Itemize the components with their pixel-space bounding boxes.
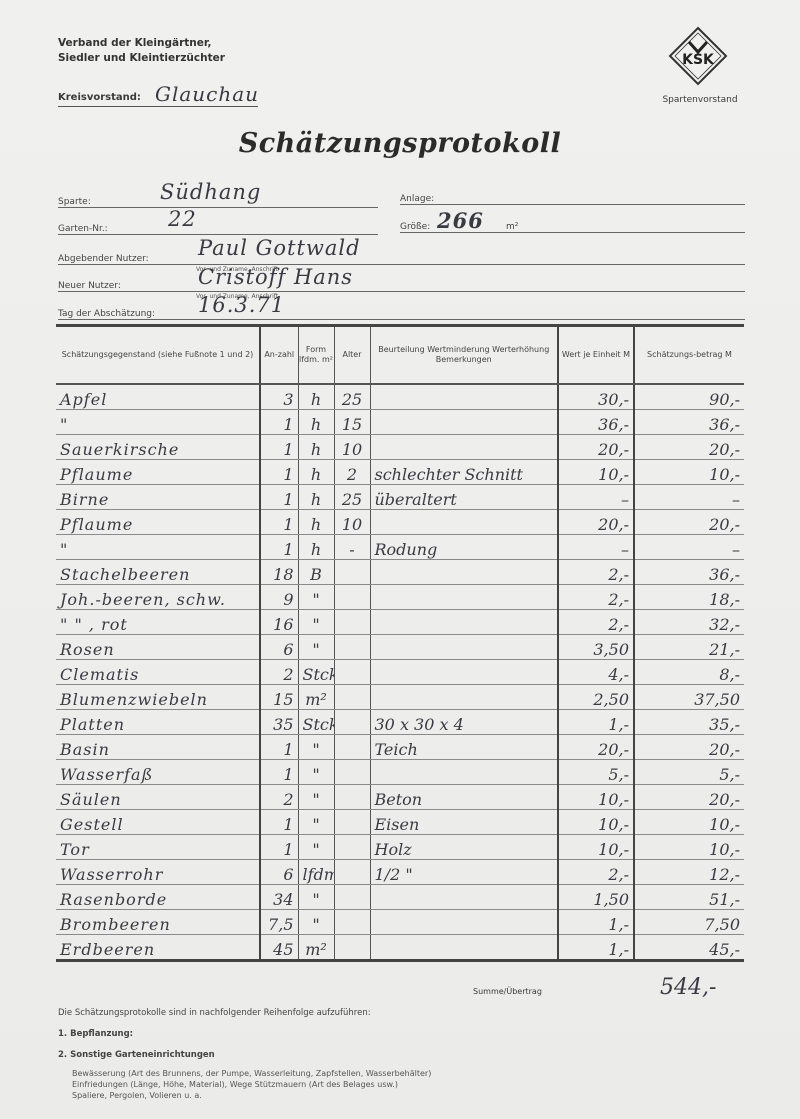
cell-item[interactable]: Gestell	[56, 810, 260, 835]
cell-item[interactable]: Joh.-beeren, schw.	[56, 585, 260, 610]
table-row: Clematis2Stck4,-8,-	[56, 660, 744, 685]
cell-wert[interactable]: 2,-	[558, 560, 634, 585]
cell-alter[interactable]	[334, 610, 370, 635]
cell-anzahl[interactable]: 1	[260, 810, 298, 835]
cell-item[interactable]: Rasenborde	[56, 885, 260, 910]
cell-form[interactable]: Stck	[298, 660, 334, 685]
cell-item[interactable]: " " , rot	[56, 610, 260, 635]
cell-form[interactable]: h	[298, 535, 334, 560]
cell-item[interactable]: Wasserrohr	[56, 860, 260, 885]
cell-form[interactable]: "	[298, 910, 334, 935]
cell-form[interactable]: B	[298, 560, 334, 585]
cell-form[interactable]: "	[298, 885, 334, 910]
cell-bemerkung[interactable]	[370, 585, 558, 610]
table-row: Wasserfaß1"5,-5,-	[56, 760, 744, 785]
cell-wert[interactable]: 2,-	[558, 860, 634, 885]
cell-alter[interactable]	[334, 560, 370, 585]
table-row: Birne1h25überaltert––	[56, 485, 744, 510]
cell-betrag[interactable]: 20,-	[634, 785, 744, 810]
table-row: " " , rot16"2,-32,-	[56, 610, 744, 635]
table-row: Rosen6"3,5021,-	[56, 635, 744, 660]
cell-form[interactable]: "	[298, 610, 334, 635]
cell-bemerkung[interactable]	[370, 760, 558, 785]
tag-line	[58, 319, 745, 320]
sparte-line	[58, 207, 378, 208]
cell-wert[interactable]: 10,-	[558, 460, 634, 485]
table-header-row: Schätzungsgegenstand (siehe Fußnote 1 un…	[56, 326, 744, 385]
cell-wert[interactable]: 20,-	[558, 510, 634, 535]
cell-alter[interactable]: 15	[334, 410, 370, 435]
cell-alter[interactable]: 25	[334, 485, 370, 510]
groesse-value[interactable]: 266	[437, 208, 484, 233]
cell-anzahl[interactable]: 1	[260, 535, 298, 560]
table-row: Platten35Stck30 x 30 x 41,-35,-	[56, 710, 744, 735]
cell-wert[interactable]: 4,-	[558, 660, 634, 685]
cell-betrag[interactable]: 7,50	[634, 910, 744, 935]
footer-intro: Die Schätzungsprotokolle sind in nachfol…	[58, 1008, 371, 1018]
cell-alter[interactable]	[334, 710, 370, 735]
cell-item[interactable]: Basin	[56, 735, 260, 760]
abgebender-value[interactable]: Paul Gottwald	[198, 236, 361, 260]
cell-anzahl[interactable]: 16	[260, 610, 298, 635]
cell-betrag[interactable]: 20,-	[634, 435, 744, 460]
cell-wert[interactable]: 30,-	[558, 384, 634, 410]
cell-alter[interactable]	[334, 660, 370, 685]
cell-bemerkung[interactable]: überaltert	[370, 485, 558, 510]
cell-wert[interactable]: –	[558, 485, 634, 510]
cell-form[interactable]: h	[298, 384, 334, 410]
anlage-label: Anlage:	[400, 194, 434, 204]
cell-betrag[interactable]: –	[634, 485, 744, 510]
cell-wert[interactable]: 1,-	[558, 910, 634, 935]
cell-bemerkung[interactable]	[370, 560, 558, 585]
cell-bemerkung[interactable]: Beton	[370, 785, 558, 810]
cell-anzahl[interactable]: 6	[260, 860, 298, 885]
cell-bemerkung[interactable]: schlechter Schnitt	[370, 460, 558, 485]
neuer-nutzer-line	[58, 291, 745, 292]
cell-betrag[interactable]: –	[634, 535, 744, 560]
kreisvorstand-line	[58, 106, 258, 107]
garten-nr-value[interactable]: 22	[168, 207, 197, 231]
cell-item[interactable]: "	[56, 410, 260, 435]
form-page: Verband der Kleingärtner, Siedler und Kl…	[0, 0, 800, 1119]
cell-item[interactable]: Blumenzwiebeln	[56, 685, 260, 710]
cell-alter[interactable]	[334, 810, 370, 835]
cell-betrag[interactable]: 10,-	[634, 835, 744, 860]
abgebender-label: Abgebender Nutzer:	[58, 254, 149, 264]
cell-item[interactable]: Pflaume	[56, 510, 260, 535]
table-row: Pflaume1h1020,-20,-	[56, 510, 744, 535]
cell-form[interactable]: h	[298, 410, 334, 435]
cell-anzahl[interactable]: 1	[260, 410, 298, 435]
cell-anzahl[interactable]: 2	[260, 660, 298, 685]
cell-anzahl[interactable]: 2	[260, 785, 298, 810]
cell-wert[interactable]: 2,-	[558, 610, 634, 635]
cell-betrag[interactable]: 8,-	[634, 660, 744, 685]
cell-item[interactable]: Birne	[56, 485, 260, 510]
organization-line-2: Siedler und Kleintierzüchter	[58, 51, 225, 66]
cell-alter[interactable]	[334, 735, 370, 760]
table-row: Säulen2"Beton10,-20,-	[56, 785, 744, 810]
header-bemerkung: Beurteilung Wertminderung Werterhöhung B…	[370, 326, 558, 385]
vksk-logo-icon: KSK	[668, 26, 728, 86]
cell-anzahl[interactable]: 1	[260, 735, 298, 760]
cell-form[interactable]: "	[298, 635, 334, 660]
cell-form[interactable]: "	[298, 735, 334, 760]
kreisvorstand-label: Kreisvorstand:	[58, 92, 141, 103]
page-title: Schätzungsprotokoll	[0, 128, 800, 159]
groesse-line	[400, 232, 745, 233]
cell-form[interactable]: "	[298, 835, 334, 860]
kreisvorstand-value: Glauchau	[155, 82, 259, 106]
cell-anzahl[interactable]: 6	[260, 635, 298, 660]
footer-detail-3: Spaliere, Pergolen, Volieren u. a.	[72, 1090, 431, 1101]
cell-bemerkung[interactable]	[370, 885, 558, 910]
table-row: Pflaume1h2schlechter Schnitt10,-10,-	[56, 460, 744, 485]
cell-betrag[interactable]: 18,-	[634, 585, 744, 610]
logo-caption: Spartenvorstand	[640, 95, 760, 105]
table-row: Stachelbeeren18B2,-36,-	[56, 560, 744, 585]
cell-item[interactable]: Rosen	[56, 635, 260, 660]
cell-bemerkung[interactable]: Eisen	[370, 810, 558, 835]
footer-details: Bewässerung (Art des Brunnens, der Pumpe…	[72, 1068, 431, 1101]
tag-value[interactable]: 16.3.71	[198, 293, 285, 317]
table-row: Wasserrohr6lfdm1/2 "2,-12,-	[56, 860, 744, 885]
cell-item[interactable]: "	[56, 535, 260, 560]
cell-bemerkung[interactable]: 1/2 "	[370, 860, 558, 885]
cell-alter[interactable]	[334, 885, 370, 910]
cell-anzahl[interactable]: 1	[260, 460, 298, 485]
table-row: Joh.-beeren, schw.9"2,-18,-	[56, 585, 744, 610]
table-row: Brombeeren7,5"1,-7,50	[56, 910, 744, 935]
groesse-label: Größe:	[400, 222, 430, 232]
cell-anzahl[interactable]: 1	[260, 835, 298, 860]
cell-form[interactable]: h	[298, 510, 334, 535]
cell-bemerkung[interactable]	[370, 410, 558, 435]
header-wert: Wert je Einheit M	[558, 326, 634, 385]
cell-bemerkung[interactable]	[370, 610, 558, 635]
cell-wert[interactable]: 20,-	[558, 735, 634, 760]
cell-item[interactable]: Clematis	[56, 660, 260, 685]
cell-form[interactable]: m²	[298, 935, 334, 961]
header-betrag: Schätzungs-betrag M	[634, 326, 744, 385]
cell-alter[interactable]	[334, 585, 370, 610]
cell-alter[interactable]: -	[334, 535, 370, 560]
cell-item[interactable]: Brombeeren	[56, 910, 260, 935]
cell-anzahl[interactable]: 7,5	[260, 910, 298, 935]
cell-anzahl[interactable]: 35	[260, 710, 298, 735]
cell-form[interactable]: h	[298, 460, 334, 485]
cell-wert[interactable]: 1,50	[558, 885, 634, 910]
table-row: Gestell1"Eisen10,-10,-	[56, 810, 744, 835]
neuer-nutzer-label: Neuer Nutzer:	[58, 281, 121, 291]
cell-item[interactable]: Säulen	[56, 785, 260, 810]
cell-form[interactable]: "	[298, 585, 334, 610]
cell-bemerkung[interactable]	[370, 910, 558, 935]
cell-alter[interactable]	[334, 635, 370, 660]
cell-bemerkung[interactable]: Teich	[370, 735, 558, 760]
header-form: Form lfdm. m²	[298, 326, 334, 385]
cell-item[interactable]: Pflaume	[56, 460, 260, 485]
table-row: Sauerkirsche1h1020,-20,-	[56, 435, 744, 460]
cell-bemerkung[interactable]	[370, 384, 558, 410]
cell-bemerkung[interactable]: Rodung	[370, 535, 558, 560]
cell-item[interactable]: Platten	[56, 710, 260, 735]
cell-anzahl[interactable]: 45	[260, 935, 298, 961]
cell-bemerkung[interactable]	[370, 635, 558, 660]
cell-betrag[interactable]: 21,-	[634, 635, 744, 660]
summe-label: Summe/Übertrag	[473, 987, 542, 996]
cell-alter[interactable]: 2	[334, 460, 370, 485]
cell-bemerkung[interactable]	[370, 510, 558, 535]
table-row: "1h-Rodung––	[56, 535, 744, 560]
cell-alter[interactable]: 25	[334, 384, 370, 410]
cell-wert[interactable]: 36,-	[558, 410, 634, 435]
cell-bemerkung[interactable]	[370, 435, 558, 460]
header-anzahl: An-zahl	[260, 326, 298, 385]
cell-betrag[interactable]: 32,-	[634, 610, 744, 635]
sparte-value[interactable]: Südhang	[160, 180, 261, 204]
groesse-unit: m²	[506, 222, 518, 232]
cell-wert[interactable]: 2,50	[558, 685, 634, 710]
cell-betrag[interactable]: 90,-	[634, 384, 744, 410]
cell-form[interactable]: "	[298, 810, 334, 835]
cell-form[interactable]: lfdm	[298, 860, 334, 885]
cell-anzahl[interactable]: 9	[260, 585, 298, 610]
summe-value: 544,-	[660, 975, 716, 1000]
neuer-nutzer-value[interactable]: Cristoff Hans	[198, 265, 353, 289]
cell-bemerkung[interactable]	[370, 660, 558, 685]
tag-label: Tag der Abschätzung:	[58, 309, 155, 319]
table-row: Basin1"Teich20,-20,-	[56, 735, 744, 760]
cell-wert[interactable]: –	[558, 535, 634, 560]
cell-form[interactable]: "	[298, 785, 334, 810]
cell-anzahl[interactable]: 34	[260, 885, 298, 910]
cell-betrag[interactable]: 45,-	[634, 935, 744, 961]
table-row: "1h1536,-36,-	[56, 410, 744, 435]
cell-anzahl[interactable]: 3	[260, 384, 298, 410]
cell-anzahl[interactable]: 1	[260, 435, 298, 460]
cell-betrag[interactable]: 51,-	[634, 885, 744, 910]
cell-alter[interactable]	[334, 835, 370, 860]
cell-anzahl[interactable]: 1	[260, 485, 298, 510]
footer-item-2: 2. Sonstige Garteneinrichtungen	[58, 1050, 215, 1060]
footer-item-1: 1. Bepflanzung:	[58, 1029, 133, 1039]
garten-nr-line	[58, 234, 378, 235]
table-row: Blumenzwiebeln15m²2,5037,50	[56, 685, 744, 710]
cell-alter[interactable]	[334, 910, 370, 935]
cell-wert[interactable]: 10,-	[558, 810, 634, 835]
cell-wert[interactable]: 5,-	[558, 760, 634, 785]
cell-item[interactable]: Sauerkirsche	[56, 435, 260, 460]
table-row: Rasenborde34"1,5051,-	[56, 885, 744, 910]
cell-item[interactable]: Stachelbeeren	[56, 560, 260, 585]
cell-wert[interactable]: 3,50	[558, 635, 634, 660]
cell-wert[interactable]: 2,-	[558, 585, 634, 610]
cell-alter[interactable]	[334, 935, 370, 961]
header-alter: Alter	[334, 326, 370, 385]
garten-nr-label: Garten-Nr.:	[58, 224, 108, 234]
cell-anzahl[interactable]: 1	[260, 510, 298, 535]
cell-wert[interactable]: 1,-	[558, 935, 634, 961]
table-row: Apfel3h2530,-90,-	[56, 384, 744, 410]
cell-item[interactable]: Tor	[56, 835, 260, 860]
cell-alter[interactable]	[334, 760, 370, 785]
cell-betrag[interactable]: 36,-	[634, 560, 744, 585]
cell-betrag[interactable]: 37,50	[634, 685, 744, 710]
cell-betrag[interactable]: 10,-	[634, 810, 744, 835]
cell-alter[interactable]	[334, 685, 370, 710]
abgebender-line	[58, 264, 745, 265]
cell-betrag[interactable]: 36,-	[634, 410, 744, 435]
cell-anzahl[interactable]: 18	[260, 560, 298, 585]
organization-name: Verband der Kleingärtner, Siedler und Kl…	[58, 36, 225, 66]
cell-form[interactable]: Stck	[298, 710, 334, 735]
cell-wert[interactable]: 10,-	[558, 785, 634, 810]
cell-betrag[interactable]: 5,-	[634, 760, 744, 785]
cell-betrag[interactable]: 35,-	[634, 710, 744, 735]
cell-item[interactable]: Apfel	[56, 384, 260, 410]
cell-betrag[interactable]: 12,-	[634, 860, 744, 885]
cell-betrag[interactable]: 20,-	[634, 510, 744, 535]
cell-alter[interactable]: 10	[334, 510, 370, 535]
cell-item[interactable]: Erdbeeren	[56, 935, 260, 961]
cell-bemerkung[interactable]	[370, 685, 558, 710]
cell-wert[interactable]: 1,-	[558, 710, 634, 735]
cell-bemerkung[interactable]: Holz	[370, 835, 558, 860]
cell-form[interactable]: "	[298, 760, 334, 785]
cell-anzahl[interactable]: 1	[260, 760, 298, 785]
cell-betrag[interactable]: 10,-	[634, 460, 744, 485]
cell-alter[interactable]	[334, 860, 370, 885]
cell-form[interactable]: h	[298, 435, 334, 460]
cell-betrag[interactable]: 20,-	[634, 735, 744, 760]
cell-wert[interactable]: 20,-	[558, 435, 634, 460]
cell-anzahl[interactable]: 15	[260, 685, 298, 710]
cell-alter[interactable]: 10	[334, 435, 370, 460]
footer-detail-2: Einfriedungen (Länge, Höhe, Material), W…	[72, 1079, 431, 1090]
cell-form[interactable]: h	[298, 485, 334, 510]
sparte-label: Sparte:	[58, 197, 91, 207]
organization-line-1: Verband der Kleingärtner,	[58, 36, 225, 51]
svg-text:KSK: KSK	[682, 52, 715, 68]
estimate-table: Schätzungsgegenstand (siehe Fußnote 1 un…	[56, 324, 744, 962]
cell-alter[interactable]	[334, 785, 370, 810]
table-row: Erdbeeren45m²1,-45,-	[56, 935, 744, 961]
cell-bemerkung[interactable]: 30 x 30 x 4	[370, 710, 558, 735]
cell-bemerkung[interactable]	[370, 935, 558, 961]
cell-wert[interactable]: 10,-	[558, 835, 634, 860]
table-row: Tor1"Holz10,-10,-	[56, 835, 744, 860]
header-item: Schätzungsgegenstand (siehe Fußnote 1 un…	[56, 326, 260, 385]
footer-detail-1: Bewässerung (Art des Brunnens, der Pumpe…	[72, 1068, 431, 1079]
anlage-line	[400, 204, 745, 205]
cell-form[interactable]: m²	[298, 685, 334, 710]
cell-item[interactable]: Wasserfaß	[56, 760, 260, 785]
